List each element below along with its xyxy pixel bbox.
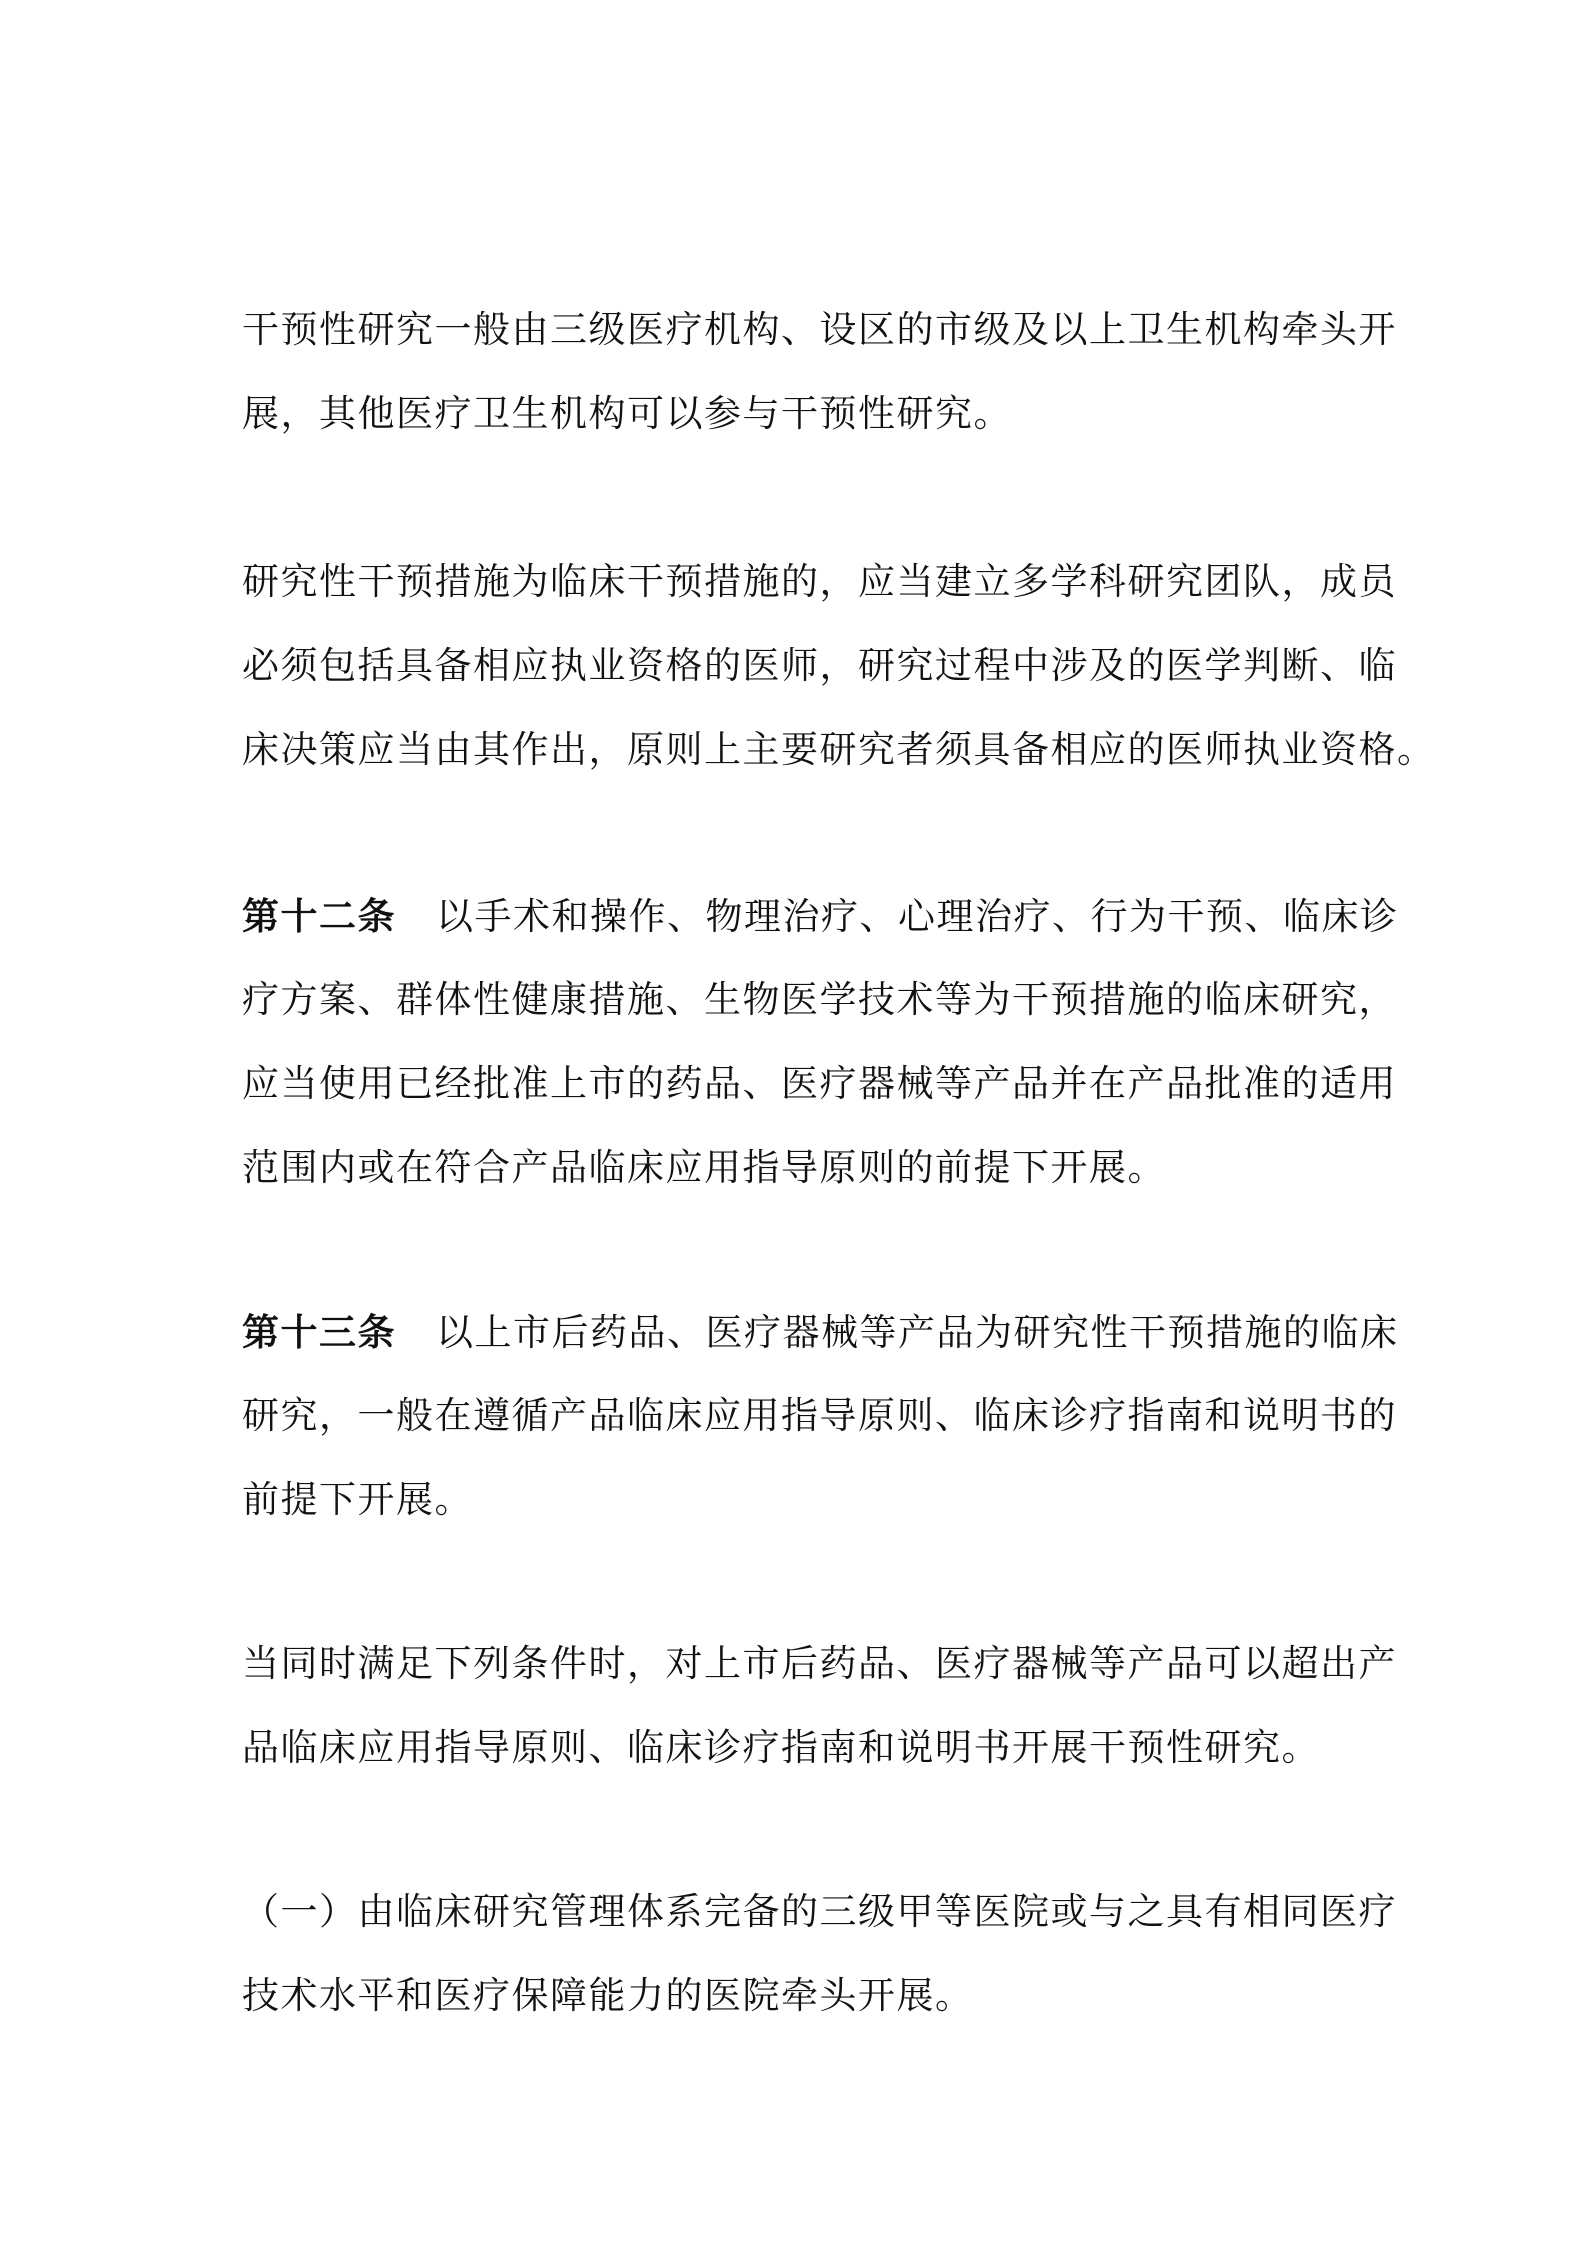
text-line: 品临床应用指导原则、临床诊疗指南和说明书开展干预性研究。 xyxy=(242,1706,1348,1790)
article-text: 以手术和操作、物理治疗、心理治疗、行为干预、临床诊 xyxy=(436,895,1399,938)
paragraph-multidisciplinary-team: 研究性干预措施为临床干预措施的，应当建立多学科研究团队，成员 必须包括具备相应执… xyxy=(242,540,1348,792)
article-heading: 第十二条 xyxy=(242,894,396,938)
article-13: 第十三条以上市后药品、医疗器械等产品为研究性干预措施的临床 研究，一般在遵循产品… xyxy=(242,1290,1348,1542)
text-line: 干预性研究一般由三级医疗机构、设区的市级及以上卫生机构牵头开 xyxy=(242,288,1348,372)
article-text: 以上市后药品、医疗器械等产品为研究性干预措施的临床 xyxy=(436,1311,1399,1354)
paragraph-intervention-lead: 干预性研究一般由三级医疗机构、设区的市级及以上卫生机构牵头开 展，其他医疗卫生机… xyxy=(242,288,1348,456)
text-line: 当同时满足下列条件时，对上市后药品、医疗器械等产品可以超出产 xyxy=(242,1622,1348,1706)
text-line: 技术水平和医疗保障能力的医院牵头开展。 xyxy=(242,1954,1348,2038)
text-line: 必须包括具备相应执业资格的医师，研究过程中涉及的医学判断、临 xyxy=(242,624,1348,708)
article-heading: 第十三条 xyxy=(242,1310,396,1354)
text-line: 第十三条以上市后药品、医疗器械等产品为研究性干预措施的临床 xyxy=(242,1290,1348,1374)
text-line: 研究性干预措施为临床干预措施的，应当建立多学科研究团队，成员 xyxy=(242,540,1348,624)
text-line: 范围内或在符合产品临床应用指导原则的前提下开展。 xyxy=(242,1126,1348,1210)
condition-item-1: （一）由临床研究管理体系完备的三级甲等医院或与之具有相同医疗 技术水平和医疗保障… xyxy=(242,1870,1348,2038)
text-line: 第十二条以手术和操作、物理治疗、心理治疗、行为干预、临床诊 xyxy=(242,874,1348,958)
article-12: 第十二条以手术和操作、物理治疗、心理治疗、行为干预、临床诊 疗方案、群体性健康措… xyxy=(242,874,1348,1210)
text-line: （一）由临床研究管理体系完备的三级甲等医院或与之具有相同医疗 xyxy=(242,1870,1348,1954)
text-line: 前提下开展。 xyxy=(242,1458,1348,1542)
text-line: 展，其他医疗卫生机构可以参与干预性研究。 xyxy=(242,372,1348,456)
paragraph-off-label-conditions: 当同时满足下列条件时，对上市后药品、医疗器械等产品可以超出产 品临床应用指导原则… xyxy=(242,1622,1348,1790)
text-line: 疗方案、群体性健康措施、生物医学技术等为干预措施的临床研究， xyxy=(242,958,1348,1042)
text-line: 研究，一般在遵循产品临床应用指导原则、临床诊疗指南和说明书的 xyxy=(242,1374,1348,1458)
text-line: 应当使用已经批准上市的药品、医疗器械等产品并在产品批准的适用 xyxy=(242,1042,1348,1126)
text-line: 床决策应当由其作出，原则上主要研究者须具备相应的医师执业资格。 xyxy=(242,708,1348,792)
